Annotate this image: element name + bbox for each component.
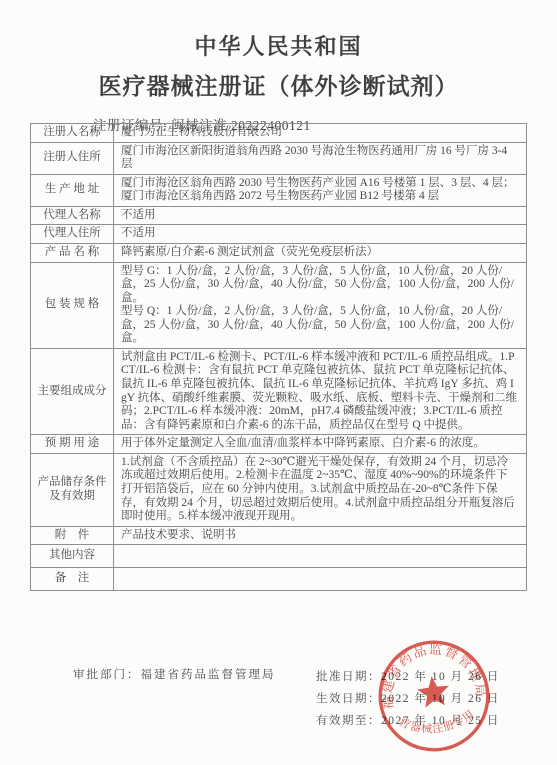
table-row: 预 期 用 途 用于体外定量测定人全血/血清/血浆样本中降钙素原、白介素-6 的… <box>31 435 527 454</box>
row-label: 备 注 <box>31 568 114 591</box>
row-label: 代理人名称 <box>31 206 114 225</box>
approval-department-label: 审批部门： <box>73 669 141 681</box>
table-row: 产品储存条件及有效期 1.试剂盒（不含质控品）在 2~30℃避光干燥处保存，有效… <box>31 453 527 526</box>
row-value: 1.试剂盒（不含质控品）在 2~30℃避光干燥处保存，有效期 24 个月，切忌冷… <box>114 453 527 526</box>
page-title: 医疗器械注册证（体外诊断试剂） <box>0 68 557 101</box>
table-row: 其他内容 <box>31 545 527 568</box>
row-label: 产品储存条件及有效期 <box>31 453 114 526</box>
row-value: 厦门为正生物科技股份有限公司 <box>114 124 527 143</box>
row-value: 降钙素原/白介素-6 测定试剂盒（荧光免疫层析法） <box>114 243 527 262</box>
table-row: 包 装 规 格 型号 G：1 人份/盒，2 人份/盒，3 人份/盒，5 人份/盒… <box>31 262 527 348</box>
row-value: 不适用 <box>114 225 527 244</box>
row-value: 厦门市海沧区翁角西路 2030 号生物医药产业园 A16 号楼第 1 层、3 层… <box>114 174 527 206</box>
approval-date-label: 批准日期： <box>316 671 381 683</box>
table-row: 代理人住所 不适用 <box>31 225 527 244</box>
table-row: 生 产 地 址 厦门市海沧区翁角西路 2030 号生物医药产业园 A16 号楼第… <box>31 174 527 206</box>
table-row: 产 品 名 称 降钙素原/白介素-6 测定试剂盒（荧光免疫层析法） <box>31 243 527 262</box>
table-row: 备 注 <box>31 568 527 591</box>
row-value: 产品技术要求、说明书 <box>114 526 527 545</box>
table-row: 代理人名称 不适用 <box>31 206 527 225</box>
row-label: 包 装 规 格 <box>31 262 114 348</box>
official-red-seal-icon: 福建省药品监督管理局 医疗器械注册专用章 <box>369 631 498 760</box>
row-label: 主要组成成分 <box>31 348 114 434</box>
row-value: 不适用 <box>114 206 527 225</box>
title-country: 中华人民共和国 <box>0 0 557 61</box>
row-label: 注册人名称 <box>31 124 114 143</box>
row-label: 附 件 <box>31 526 114 545</box>
row-value: 用于体外定量测定人全血/血清/血浆样本中降钙素原、白介素-6 的浓度。 <box>114 435 527 454</box>
table-row: 附 件 产品技术要求、说明书 <box>31 526 527 545</box>
row-label: 代理人住所 <box>31 225 114 244</box>
approval-department-value: 福建省药品监督管理局 <box>141 669 276 681</box>
row-value: 厦门市海沧区新阳街道翁角西路 2030 号海沧生物医药通用厂房 16 号厂房 3… <box>114 142 527 174</box>
effective-date-label: 生效日期： <box>316 693 381 705</box>
row-label: 生 产 地 址 <box>31 174 114 206</box>
row-label: 预 期 用 途 <box>31 435 114 454</box>
row-value <box>114 545 527 568</box>
certificate-table: 注册人名称 厦门为正生物科技股份有限公司 注册人住所 厦门市海沧区新阳街道翁角西… <box>30 123 527 591</box>
row-label: 注册人住所 <box>31 142 114 174</box>
row-label: 其他内容 <box>31 545 114 568</box>
row-value <box>114 568 527 591</box>
row-label: 产 品 名 称 <box>31 243 114 262</box>
seal-star-icon <box>416 674 452 708</box>
certificate-page: 中华人民共和国 医疗器械注册证（体外诊断试剂） 注册证编号: 闽械注准 2022… <box>0 0 557 765</box>
row-value: 试剂盒由 PCT/IL-6 检测卡、PCT/IL-6 样本缓冲液和 PCT/IL… <box>114 348 527 434</box>
table-row: 主要组成成分 试剂盒由 PCT/IL-6 检测卡、PCT/IL-6 样本缓冲液和… <box>31 348 527 434</box>
approval-department: 审批部门：福建省药品监督管理局 <box>73 666 276 682</box>
row-value: 型号 G：1 人份/盒，2 人份/盒，3 人份/盒，5 人份/盒，10 人份/盒… <box>114 262 527 348</box>
table-row: 注册人住所 厦门市海沧区新阳街道翁角西路 2030 号海沧生物医药通用厂房 16… <box>31 142 527 174</box>
table-row: 注册人名称 厦门为正生物科技股份有限公司 <box>31 124 527 143</box>
expiry-date-label: 有效期至： <box>316 715 381 727</box>
